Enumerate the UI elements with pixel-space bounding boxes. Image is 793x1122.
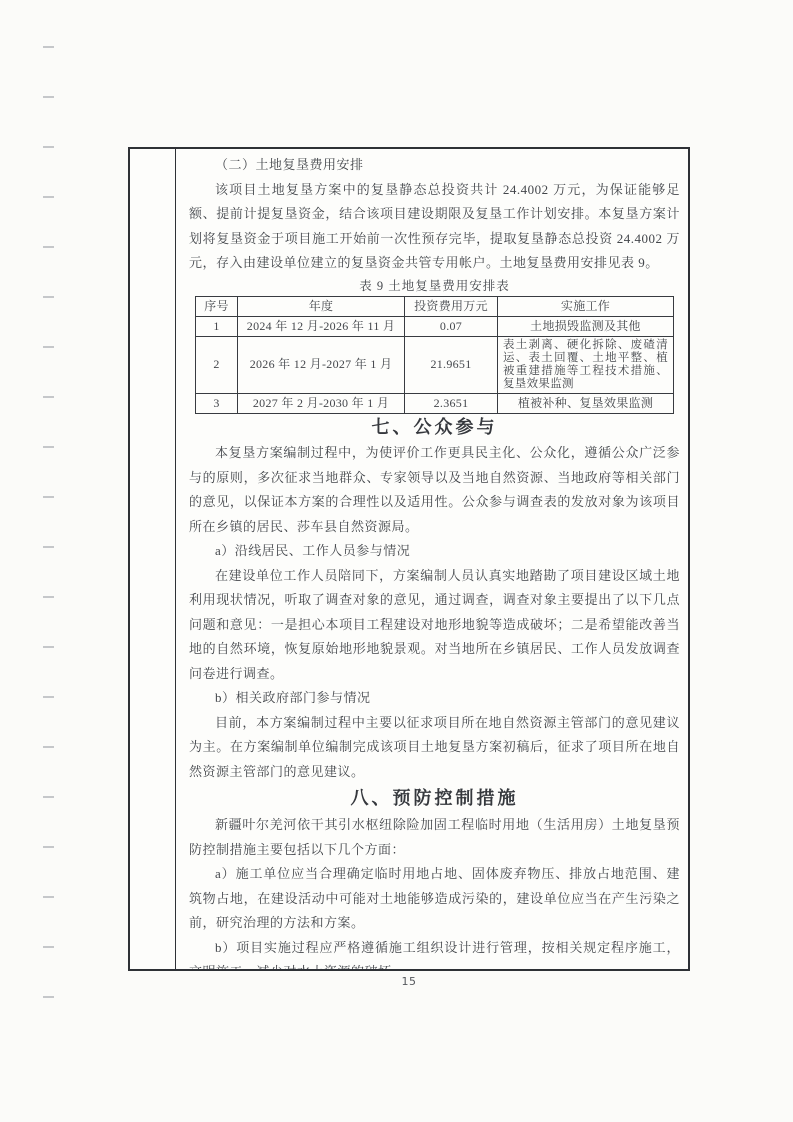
cost-section-paragraph: 该项目土地复垦方案中的复垦静态总投资共计 24.4002 万元，为保证能够足额、… [189,178,680,276]
section8-heading: 八、预防控制措施 [189,784,680,813]
section8-intro: 新疆叶尔羌河依干其引水枢纽除险加固工程临时用地（生活用房）土地复垦预防控制措施主… [189,813,680,862]
table-row: 2 2026 年 12 月-2027 年 1 月 21.9651 表土剥离、硬化… [196,336,674,394]
cell-seq: 1 [196,316,238,336]
cell-cost: 0.07 [405,316,498,336]
table-row: 3 2027 年 2 月-2030 年 1 月 2.3651 植被补种、复垦效果… [196,394,674,414]
binder-hole-marks [43,46,54,1046]
section7-item-b-body: 目前，本方案编制过程中主要以征求项目所在地自然资源主管部门的意见建议为主。在方案… [189,711,680,785]
header-year: 年度 [238,296,405,316]
cost-schedule-table: 序号 年度 投资费用万元 实施工作 1 2024 年 12 月-2026 年 1… [195,296,674,415]
header-seq: 序号 [196,296,238,316]
cell-cost: 2.3651 [405,394,498,414]
form-left-empty-column [130,149,176,969]
cell-year: 2027 年 2 月-2030 年 1 月 [238,394,405,414]
document-content: （二）土地复垦费用安排 该项目土地复垦方案中的复垦静态总投资共计 24.4002… [177,149,688,969]
cell-work: 植被补种、复垦效果监测 [498,394,674,414]
cell-seq: 2 [196,336,238,394]
cell-seq: 3 [196,394,238,414]
table9-caption: 表 9 土地复垦费用安排表 [189,276,680,296]
scanned-report-page: { "section_cost": { "title": "（二）土地复垦费用安… [0,0,793,1122]
section7-heading: 七、公众参与 [189,414,680,441]
header-cost: 投资费用万元 [405,296,498,316]
cell-year: 2024 年 12 月-2026 年 11 月 [238,316,405,336]
cell-work: 表土剥离、硬化拆除、废碴清运、表土回覆、土地平整、植被重建措施等工程技术措施、复… [498,336,674,394]
document-border-frame: （二）土地复垦费用安排 该项目土地复垦方案中的复垦静态总投资共计 24.4002… [128,147,690,971]
cell-cost: 21.9651 [405,336,498,394]
page-number: 15 [128,975,690,988]
table-header-row: 序号 年度 投资费用万元 实施工作 [196,296,674,316]
cost-section-title: （二）土地复垦费用安排 [189,153,680,178]
section7-item-a-body: 在建设单位工作人员陪同下，方案编制人员认真实地踏勘了项目建设区域土地利用现状情况… [189,564,680,687]
section8-item-b: b）项目实施过程应严格遵循施工组织设计进行管理，按相关规定程序施工，文明施工，减… [189,936,680,969]
table-row: 1 2024 年 12 月-2026 年 11 月 0.07 土地损毁监测及其他 [196,316,674,336]
section8-item-a: a）施工单位应当合理确定临时用地占地、固体废弃物压、排放占地范围、建筑物占地，在… [189,862,680,936]
section7-paragraph: 本复垦方案编制过程中，为使评价工作更具民主化、公众化，遵循公众广泛参与的原则，多… [189,441,680,539]
cell-work: 土地损毁监测及其他 [498,316,674,336]
header-work: 实施工作 [498,296,674,316]
section7-item-b-title: b）相关政府部门参与情况 [189,686,680,711]
section7-item-a-title: a）沿线居民、工作人员参与情况 [189,539,680,564]
cell-year: 2026 年 12 月-2027 年 1 月 [238,336,405,394]
